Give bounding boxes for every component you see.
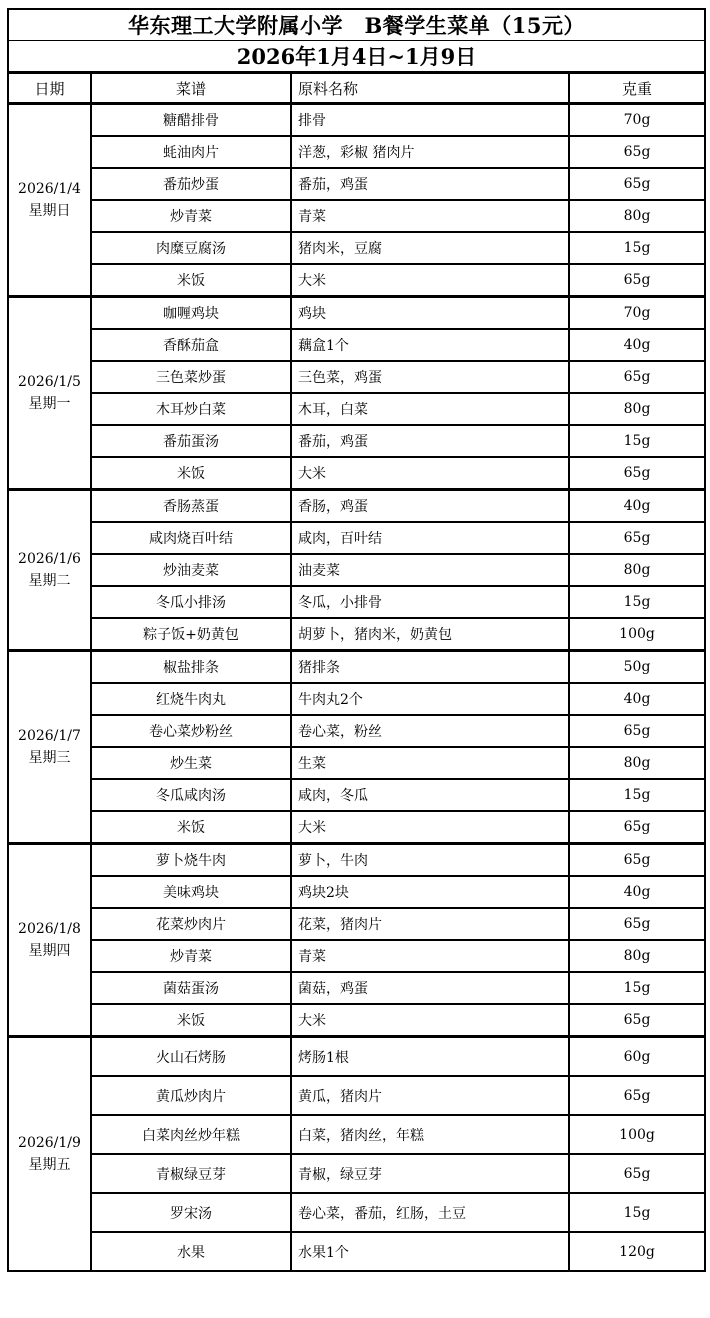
menu-row: 蚝油肉片洋葱，彩椒 猪肉片65g <box>8 136 705 168</box>
date-cell: 2026/1/8星期四 <box>8 844 91 1037</box>
date-cell: 2026/1/6星期二 <box>8 490 91 651</box>
dish-cell: 炒青菜 <box>91 940 291 972</box>
dish-cell: 米饭 <box>91 811 291 844</box>
weight-cell: 65g <box>569 361 705 393</box>
dish-cell: 咖喱鸡块 <box>91 297 291 330</box>
ingredients-cell: 鸡块2块 <box>291 876 569 908</box>
menu-row: 2026/1/6星期二香肠蒸蛋香肠，鸡蛋40g <box>8 490 705 523</box>
dish-cell: 白菜肉丝炒年糕 <box>91 1115 291 1154</box>
weekday-text: 星期四 <box>9 940 90 962</box>
menu-row: 三色菜炒蛋三色菜，鸡蛋65g <box>8 361 705 393</box>
menu-row: 美味鸡块鸡块2块40g <box>8 876 705 908</box>
date-text: 2026/1/6 <box>9 548 90 570</box>
dish-cell: 青椒绿豆芽 <box>91 1154 291 1193</box>
menu-row: 白菜肉丝炒年糕白菜，猪肉丝，年糕100g <box>8 1115 705 1154</box>
title-row: 华东理工大学附属小学 B餐学生菜单（15元） <box>8 9 705 41</box>
menu-row: 香酥茄盒藕盒1个40g <box>8 329 705 361</box>
dish-cell: 冬瓜小排汤 <box>91 586 291 618</box>
menu-row: 2026/1/7星期三椒盐排条猪排条50g <box>8 651 705 684</box>
menu-row: 青椒绿豆芽青椒，绿豆芽65g <box>8 1154 705 1193</box>
dish-cell: 番茄炒蛋 <box>91 168 291 200</box>
ingredients-cell: 香肠，鸡蛋 <box>291 490 569 523</box>
ingredients-cell: 洋葱，彩椒 猪肉片 <box>291 136 569 168</box>
weekday-text: 星期五 <box>9 1154 90 1176</box>
dish-cell: 炒生菜 <box>91 747 291 779</box>
dish-cell: 咸肉烧百叶结 <box>91 522 291 554</box>
menu-row: 花菜炒肉片花菜，猪肉片65g <box>8 908 705 940</box>
ingredients-cell: 卷心菜，粉丝 <box>291 715 569 747</box>
menu-row: 红烧牛肉丸牛肉丸2个40g <box>8 683 705 715</box>
dish-cell: 菌菇蛋汤 <box>91 972 291 1004</box>
date-text: 2026/1/5 <box>9 371 90 393</box>
weight-cell: 65g <box>569 908 705 940</box>
date-range: 2026年1月4日~1月9日 <box>8 41 705 73</box>
weight-cell: 15g <box>569 779 705 811</box>
weight-cell: 65g <box>569 136 705 168</box>
weight-cell: 80g <box>569 393 705 425</box>
ingredients-cell: 咸肉，冬瓜 <box>291 779 569 811</box>
menu-row: 米饭大米65g <box>8 264 705 297</box>
menu-row: 罗宋汤卷心菜，番茄，红肠，土豆15g <box>8 1193 705 1232</box>
weight-cell: 80g <box>569 554 705 586</box>
col-header-date: 日期 <box>8 73 91 104</box>
weight-cell: 65g <box>569 1076 705 1115</box>
date-cell: 2026/1/5星期一 <box>8 297 91 490</box>
weekday-text: 星期一 <box>9 393 90 415</box>
weight-cell: 15g <box>569 1193 705 1232</box>
weight-cell: 65g <box>569 844 705 877</box>
col-header-ingredients: 原料名称 <box>291 73 569 104</box>
menu-row: 炒青菜青菜80g <box>8 940 705 972</box>
weight-cell: 65g <box>569 264 705 297</box>
weight-cell: 65g <box>569 457 705 490</box>
menu-row: 米饭大米65g <box>8 811 705 844</box>
weight-cell: 100g <box>569 1115 705 1154</box>
ingredients-cell: 青椒，绿豆芽 <box>291 1154 569 1193</box>
weight-cell: 15g <box>569 232 705 264</box>
menu-row: 2026/1/5星期一咖喱鸡块鸡块70g <box>8 297 705 330</box>
dish-cell: 冬瓜咸肉汤 <box>91 779 291 811</box>
dish-cell: 粽子饭+奶黄包 <box>91 618 291 651</box>
dish-cell: 三色菜炒蛋 <box>91 361 291 393</box>
menu-row: 黄瓜炒肉片黄瓜，猪肉片65g <box>8 1076 705 1115</box>
ingredients-cell: 冬瓜，小排骨 <box>291 586 569 618</box>
menu-row: 2026/1/4星期日糖醋排骨排骨70g <box>8 104 705 137</box>
dish-cell: 番茄蛋汤 <box>91 425 291 457</box>
column-header-row: 日期 菜谱 原料名称 克重 <box>8 73 705 104</box>
dish-cell: 水果 <box>91 1232 291 1271</box>
weight-cell: 65g <box>569 811 705 844</box>
ingredients-cell: 木耳，白菜 <box>291 393 569 425</box>
dish-cell: 木耳炒白菜 <box>91 393 291 425</box>
menu-table: 华东理工大学附属小学 B餐学生菜单（15元） 2026年1月4日~1月9日 日期… <box>7 8 706 1272</box>
ingredients-cell: 咸肉，百叶结 <box>291 522 569 554</box>
weekday-text: 星期三 <box>9 747 90 769</box>
menu-row: 粽子饭+奶黄包胡萝卜，猪肉米，奶黄包100g <box>8 618 705 651</box>
weight-cell: 40g <box>569 876 705 908</box>
date-text: 2026/1/9 <box>9 1132 90 1154</box>
ingredients-cell: 青菜 <box>291 200 569 232</box>
dish-cell: 卷心菜炒粉丝 <box>91 715 291 747</box>
weight-cell: 40g <box>569 683 705 715</box>
ingredients-cell: 烤肠1根 <box>291 1037 569 1077</box>
date-text: 2026/1/8 <box>9 918 90 940</box>
dish-cell: 罗宋汤 <box>91 1193 291 1232</box>
ingredients-cell: 排骨 <box>291 104 569 137</box>
dish-cell: 香酥茄盒 <box>91 329 291 361</box>
col-header-dish: 菜谱 <box>91 73 291 104</box>
menu-row: 咸肉烧百叶结咸肉，百叶结65g <box>8 522 705 554</box>
ingredients-cell: 生菜 <box>291 747 569 779</box>
ingredients-cell: 大米 <box>291 457 569 490</box>
menu-row: 肉糜豆腐汤猪肉米，豆腐15g <box>8 232 705 264</box>
ingredients-cell: 三色菜，鸡蛋 <box>291 361 569 393</box>
dish-cell: 香肠蒸蛋 <box>91 490 291 523</box>
ingredients-cell: 油麦菜 <box>291 554 569 586</box>
dish-cell: 米饭 <box>91 1004 291 1037</box>
weight-cell: 80g <box>569 747 705 779</box>
weight-cell: 50g <box>569 651 705 684</box>
ingredients-cell: 菌菇，鸡蛋 <box>291 972 569 1004</box>
weekday-text: 星期二 <box>9 570 90 592</box>
menu-row: 冬瓜咸肉汤咸肉，冬瓜15g <box>8 779 705 811</box>
ingredients-cell: 白菜，猪肉丝，年糕 <box>291 1115 569 1154</box>
dish-cell: 糖醋排骨 <box>91 104 291 137</box>
menu-row: 番茄蛋汤番茄，鸡蛋15g <box>8 425 705 457</box>
weight-cell: 100g <box>569 618 705 651</box>
menu-row: 番茄炒蛋番茄，鸡蛋65g <box>8 168 705 200</box>
menu-row: 炒青菜青菜80g <box>8 200 705 232</box>
ingredients-cell: 胡萝卜，猪肉米，奶黄包 <box>291 618 569 651</box>
date-cell: 2026/1/9星期五 <box>8 1037 91 1272</box>
dish-cell: 米饭 <box>91 457 291 490</box>
dish-cell: 火山石烤肠 <box>91 1037 291 1077</box>
weight-cell: 70g <box>569 297 705 330</box>
menu-row: 米饭大米65g <box>8 457 705 490</box>
weight-cell: 40g <box>569 329 705 361</box>
menu-row: 米饭大米65g <box>8 1004 705 1037</box>
ingredients-cell: 青菜 <box>291 940 569 972</box>
menu-row: 卷心菜炒粉丝卷心菜，粉丝65g <box>8 715 705 747</box>
menu-page: 华东理工大学附属小学 B餐学生菜单（15元） 2026年1月4日~1月9日 日期… <box>0 0 710 1318</box>
ingredients-cell: 猪肉米，豆腐 <box>291 232 569 264</box>
weight-cell: 65g <box>569 522 705 554</box>
dish-cell: 花菜炒肉片 <box>91 908 291 940</box>
menu-row: 炒生菜生菜80g <box>8 747 705 779</box>
dish-cell: 红烧牛肉丸 <box>91 683 291 715</box>
date-cell: 2026/1/4星期日 <box>8 104 91 297</box>
ingredients-cell: 萝卜，牛肉 <box>291 844 569 877</box>
page-title: 华东理工大学附属小学 B餐学生菜单（15元） <box>8 9 705 41</box>
dish-cell: 米饭 <box>91 264 291 297</box>
ingredients-cell: 藕盒1个 <box>291 329 569 361</box>
ingredients-cell: 猪排条 <box>291 651 569 684</box>
date-text: 2026/1/4 <box>9 178 90 200</box>
subtitle-row: 2026年1月4日~1月9日 <box>8 41 705 73</box>
menu-row: 2026/1/8星期四萝卜烧牛肉萝卜，牛肉65g <box>8 844 705 877</box>
weight-cell: 40g <box>569 490 705 523</box>
ingredients-cell: 番茄，鸡蛋 <box>291 425 569 457</box>
dish-cell: 黄瓜炒肉片 <box>91 1076 291 1115</box>
ingredients-cell: 水果1个 <box>291 1232 569 1271</box>
ingredients-cell: 花菜，猪肉片 <box>291 908 569 940</box>
ingredients-cell: 牛肉丸2个 <box>291 683 569 715</box>
weight-cell: 80g <box>569 200 705 232</box>
menu-row: 菌菇蛋汤菌菇，鸡蛋15g <box>8 972 705 1004</box>
menu-row: 水果水果1个120g <box>8 1232 705 1271</box>
dish-cell: 炒青菜 <box>91 200 291 232</box>
weight-cell: 120g <box>569 1232 705 1271</box>
dish-cell: 蚝油肉片 <box>91 136 291 168</box>
menu-row: 2026/1/9星期五火山石烤肠烤肠1根60g <box>8 1037 705 1077</box>
dish-cell: 美味鸡块 <box>91 876 291 908</box>
weight-cell: 15g <box>569 425 705 457</box>
dish-cell: 椒盐排条 <box>91 651 291 684</box>
dish-cell: 萝卜烧牛肉 <box>91 844 291 877</box>
weight-cell: 65g <box>569 1154 705 1193</box>
dish-cell: 炒油麦菜 <box>91 554 291 586</box>
menu-body: 2026/1/4星期日糖醋排骨排骨70g蚝油肉片洋葱，彩椒 猪肉片65g番茄炒蛋… <box>8 104 705 1272</box>
ingredients-cell: 大米 <box>291 811 569 844</box>
weight-cell: 60g <box>569 1037 705 1077</box>
date-text: 2026/1/7 <box>9 725 90 747</box>
col-header-weight: 克重 <box>569 73 705 104</box>
weight-cell: 65g <box>569 715 705 747</box>
dish-cell: 肉糜豆腐汤 <box>91 232 291 264</box>
ingredients-cell: 大米 <box>291 264 569 297</box>
ingredients-cell: 大米 <box>291 1004 569 1037</box>
ingredients-cell: 卷心菜，番茄，红肠，土豆 <box>291 1193 569 1232</box>
date-cell: 2026/1/7星期三 <box>8 651 91 844</box>
ingredients-cell: 黄瓜，猪肉片 <box>291 1076 569 1115</box>
weekday-text: 星期日 <box>9 200 90 222</box>
menu-row: 炒油麦菜油麦菜80g <box>8 554 705 586</box>
weight-cell: 65g <box>569 168 705 200</box>
ingredients-cell: 鸡块 <box>291 297 569 330</box>
weight-cell: 70g <box>569 104 705 137</box>
menu-row: 冬瓜小排汤冬瓜，小排骨15g <box>8 586 705 618</box>
ingredients-cell: 番茄，鸡蛋 <box>291 168 569 200</box>
menu-row: 木耳炒白菜木耳，白菜80g <box>8 393 705 425</box>
weight-cell: 15g <box>569 972 705 1004</box>
weight-cell: 15g <box>569 586 705 618</box>
weight-cell: 80g <box>569 940 705 972</box>
weight-cell: 65g <box>569 1004 705 1037</box>
